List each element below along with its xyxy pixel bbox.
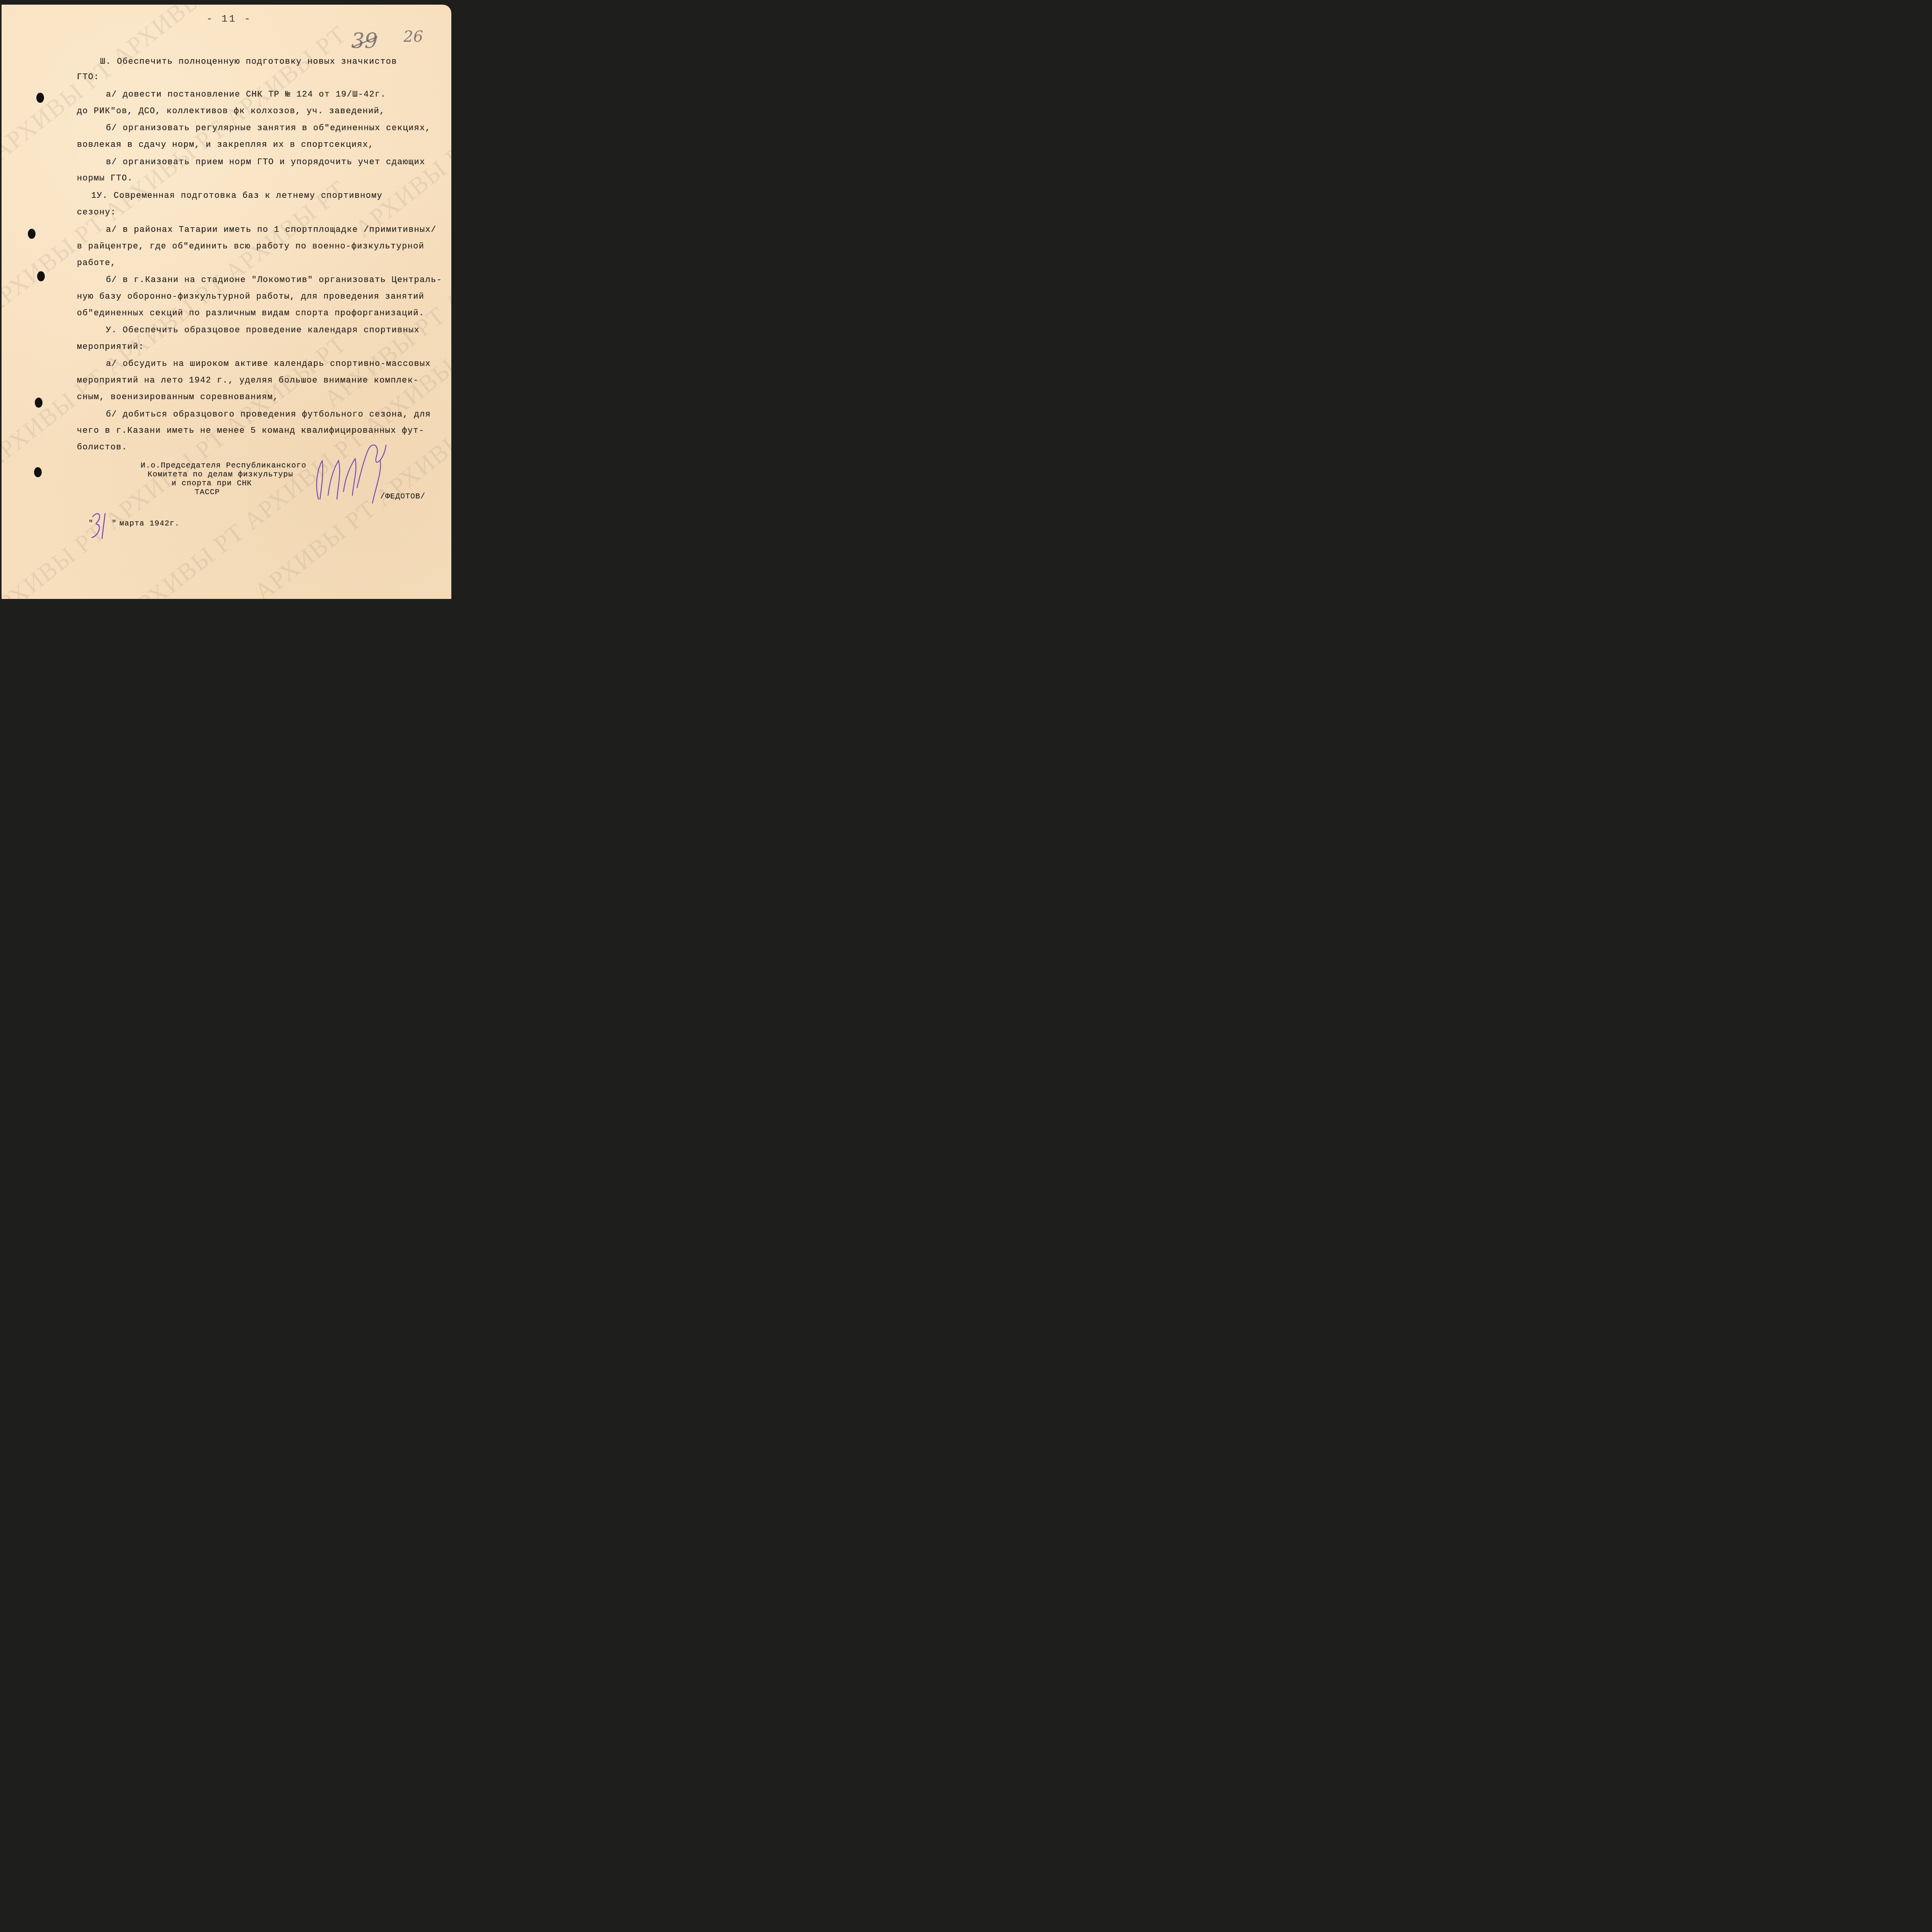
item-a: а/ в районах Татарии иметь по 1 спортпло… [106, 225, 437, 235]
signatory-title: ТАССР [195, 488, 220, 497]
signatory-title: И.о.Председателя Республиканского [141, 461, 306, 470]
punch-hole [36, 93, 44, 103]
handwritten-date-day [90, 509, 113, 540]
item-v: в/ организовать прием норм ГТО и упорядо… [106, 157, 425, 167]
date-text: марта 1942г. [119, 519, 180, 528]
text-line: мероприятий на лето 1942 г., уделяя боль… [77, 376, 419, 385]
text-line: об"единенных секций по различным видам с… [77, 308, 424, 318]
text-line: сным, военизированным соревнованиям, [77, 392, 279, 402]
item-a: а/ довести постановление СНК ТР № 124 от… [106, 90, 386, 99]
text-line: в райцентре, где об"единить всю работу п… [77, 241, 424, 251]
text-line: работе, [77, 258, 116, 268]
text-line: вовлекая в сдачу норм, и закрепляя их в … [77, 140, 374, 150]
punch-hole [35, 398, 43, 408]
section-4-heading: 1У. Современная подготовка баз к летнему… [91, 191, 383, 201]
folio-number: 26 [403, 28, 423, 46]
signatory-title: Комитета по делам физкультуры [148, 470, 293, 479]
handwritten-signature [307, 437, 396, 511]
punch-hole [37, 271, 45, 281]
section-3-heading: Ш. Обеспечить полноценную подготовку нов… [100, 57, 397, 66]
text-line: болистов. [77, 442, 128, 452]
text-line: ГТО: [77, 72, 99, 82]
text-line: сезону: [77, 207, 116, 217]
page-number: - 11 - [206, 13, 252, 25]
item-b: б/ добиться образцового проведения футбо… [106, 410, 431, 419]
item-b: б/ в г.Казани на стадионе "Локомотив" ор… [106, 275, 442, 285]
document-page: АРХИВЫ РТ АРХИВЫ РТ АРХИВЫ РТ АРХИВЫ РТ … [2, 5, 451, 599]
punch-hole [28, 229, 36, 239]
item-a: а/ обсудить на широком активе календарь … [106, 359, 431, 369]
text-line: мероприятий: [77, 342, 144, 352]
item-b: б/ организовать регулярные занятия в об"… [106, 123, 431, 133]
text-line: ную базу оборонно-физкультурной работы, … [77, 292, 424, 301]
text-line: до РИК"ов, ДСО, коллективов фк колхозов,… [77, 106, 385, 116]
text-line: нормы ГТО. [77, 173, 133, 183]
signatory-title: и спорта при СНК [172, 479, 252, 488]
text-line: чего в г.Казани иметь не менее 5 команд … [77, 426, 424, 435]
crossed-folio-number: 39 [351, 29, 378, 53]
section-5-heading: У. Обеспечить образцовое проведение кале… [106, 325, 420, 335]
punch-hole [34, 467, 42, 477]
